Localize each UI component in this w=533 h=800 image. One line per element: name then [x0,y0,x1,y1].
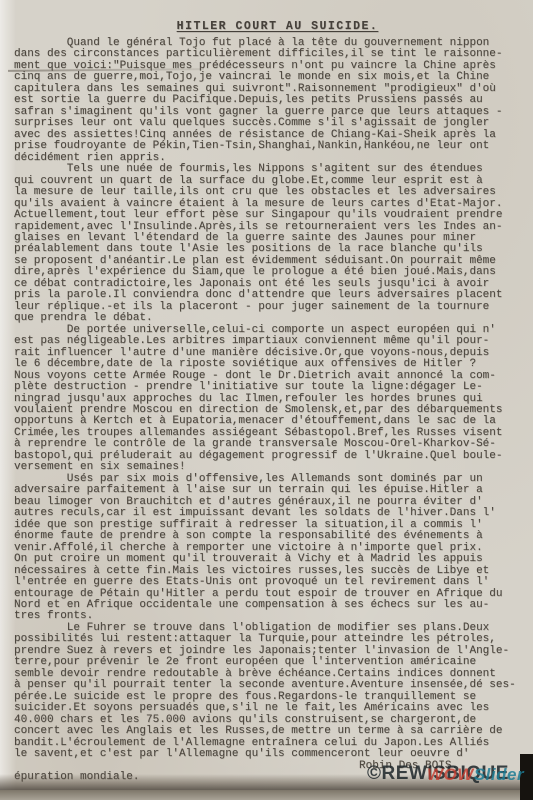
scan-bottom-shadow [0,774,533,790]
document-lines: Quand le général Tojo fut placé à la têt… [14,38,527,761]
document-title: HITLER COURT AU SUICIDE. [30,20,525,33]
document-body: Quand le général Tojo fut placé à la têt… [0,36,533,783]
text-line: Tels une nuée de fourmis,les Nippons s'a… [14,164,527,175]
scan-bottom-edge [0,790,533,800]
text-line: autres reculs,car il est impuissant deva… [14,508,527,519]
text-line: que prendra le débat. [14,313,527,324]
text-line: la mesure de leur taille,ils ont cru que… [14,187,527,198]
text-line: le savent,et c'est par l'Allemagne qu'il… [14,749,527,760]
text-line: plète destruction - prendre l'initiative… [14,382,527,393]
text-line: Actuellement,tout leur effort pèse sur S… [14,210,527,221]
text-line: concert avec les Anglais et les Russes,d… [14,726,527,737]
text-line: prise foudroyante de Pékin,Tien-Tsin,Sha… [14,141,527,152]
text-line: le 6 décembre,date de la riposte soviéti… [14,359,527,370]
text-line: l'entrée en guerre des Etats-Unis ont pr… [14,577,527,588]
text-line: suicider.Et soyons persuadés que,s'il ne… [14,703,527,714]
text-line: énorme faute de prendre à son compte la … [14,531,527,542]
text-line: est pas négligeable.Les arbitres imparti… [14,336,527,347]
scan-corner-black [520,754,533,800]
text-line: à penser qu'il pourrait tenter la second… [14,680,527,691]
scanned-document-page: HITLER COURT AU SUICIDE. Quand le généra… [0,0,533,800]
text-line: On put croire un moment qu'il trouverait… [14,554,527,565]
